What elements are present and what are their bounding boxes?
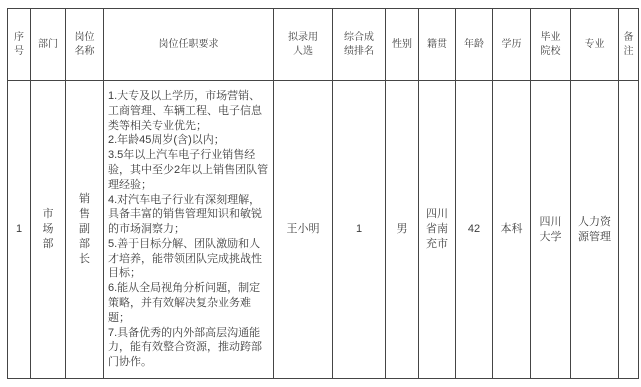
header-seq-label: 序号	[13, 31, 25, 59]
header-requirements-label: 岗位任职要求	[159, 39, 219, 50]
header-cell-hometown: 籍贯	[419, 9, 456, 81]
header-cell-candidate: 拟录用人选	[274, 9, 333, 81]
cell-school-text: 四川大学	[539, 215, 563, 245]
header-position-label: 岗位名称	[74, 31, 96, 59]
cell-hometown: 四川省南充市	[419, 81, 456, 379]
header-school-label: 毕业院校	[540, 31, 562, 59]
header-cell-major: 专业	[571, 9, 619, 81]
cell-requirements: 1.大专及以上学历，市场营销、工商管理、车辆工程、电子信息类等相关专业优先； 2…	[104, 81, 274, 379]
header-cell-remark: 备注	[619, 9, 639, 81]
cell-seq: 1	[8, 81, 31, 379]
cell-hometown-text: 四川省南充市	[425, 207, 449, 252]
cell-major-text: 人力资源管理	[577, 215, 612, 245]
cell-position: 销售副部长	[66, 81, 104, 379]
cell-candidate: 王小明	[274, 81, 333, 379]
header-candidate-label: 拟录用人选	[287, 31, 319, 59]
cell-age: 42	[456, 81, 493, 379]
header-cell-education: 学历	[493, 9, 531, 81]
header-cell-school: 毕业院校	[531, 9, 571, 81]
cell-department-text: 市场部	[42, 207, 55, 252]
header-education-label: 学历	[502, 39, 522, 50]
cell-position-text: 销售副部长	[78, 192, 91, 267]
header-cell-department: 部门	[31, 9, 66, 81]
header-department-label: 部门	[38, 39, 58, 50]
cell-department: 市场部	[31, 81, 66, 379]
header-age-label: 年龄	[464, 39, 484, 50]
header-cell-age: 年龄	[456, 9, 493, 81]
document-page: 序号 部门 岗位名称 岗位任职要求 拟录用人选 综合成绩排名 性别 籍贯 年龄 …	[0, 0, 641, 387]
header-cell-position: 岗位名称	[66, 9, 104, 81]
table-row: 1 市场部 销售副部长 1.大专及以上学历，市场营销、工商管理、车辆工程、电子信…	[8, 81, 639, 379]
header-gender-label: 性别	[392, 39, 412, 50]
header-cell-requirements: 岗位任职要求	[104, 9, 274, 81]
cell-education: 本科	[493, 81, 531, 379]
header-cell-seq: 序号	[8, 9, 31, 81]
cell-remark	[619, 81, 639, 379]
cell-rank: 1	[333, 81, 386, 379]
header-major-label: 专业	[585, 39, 605, 50]
header-cell-gender: 性别	[386, 9, 419, 81]
header-hometown-label: 籍贯	[427, 39, 447, 50]
cell-school: 四川大学	[531, 81, 571, 379]
cell-gender: 男	[386, 81, 419, 379]
header-cell-rank: 综合成绩排名	[333, 9, 386, 81]
header-remark-label: 备注	[623, 31, 635, 59]
header-row: 序号 部门 岗位名称 岗位任职要求 拟录用人选 综合成绩排名 性别 籍贯 年龄 …	[8, 9, 639, 81]
header-rank-label: 综合成绩排名	[343, 31, 375, 59]
cell-major: 人力资源管理	[571, 81, 619, 379]
recruitment-table: 序号 部门 岗位名称 岗位任职要求 拟录用人选 综合成绩排名 性别 籍贯 年龄 …	[7, 8, 639, 379]
